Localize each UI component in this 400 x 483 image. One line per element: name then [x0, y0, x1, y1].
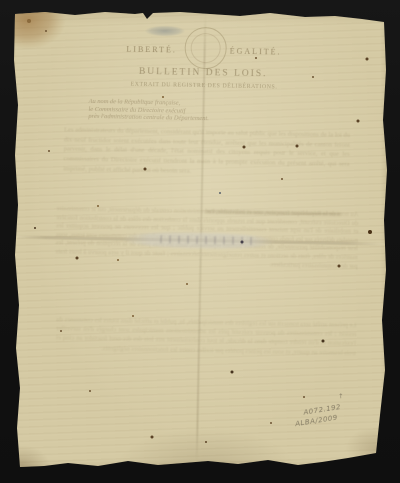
header-word-egalite: ÉGALITÉ. — [225, 46, 287, 56]
intro-block: Au nom de la République française, le Co… — [88, 98, 220, 123]
bleedthrough-paragraph-middle: Au nom de la République française, une e… — [55, 205, 359, 311]
bleedthrough-paragraph-lower: Le présent arrêté sera transcrit sur les… — [55, 315, 357, 413]
faded-paragraph-upper: Les administrateurs du département, cons… — [63, 125, 350, 204]
document-photo: LIBERTÉ. ÉGALITÉ. BULLETIN DES LOIS. EXT… — [0, 0, 400, 483]
intro-line: près l'administration centrale du Départ… — [88, 113, 220, 123]
header-word-liberte: LIBERTÉ. — [121, 44, 183, 54]
foxing-specks — [0, 0, 2, 2]
aged-paper-sheet: LIBERTÉ. ÉGALITÉ. BULLETIN DES LOIS. EXT… — [0, 0, 400, 483]
